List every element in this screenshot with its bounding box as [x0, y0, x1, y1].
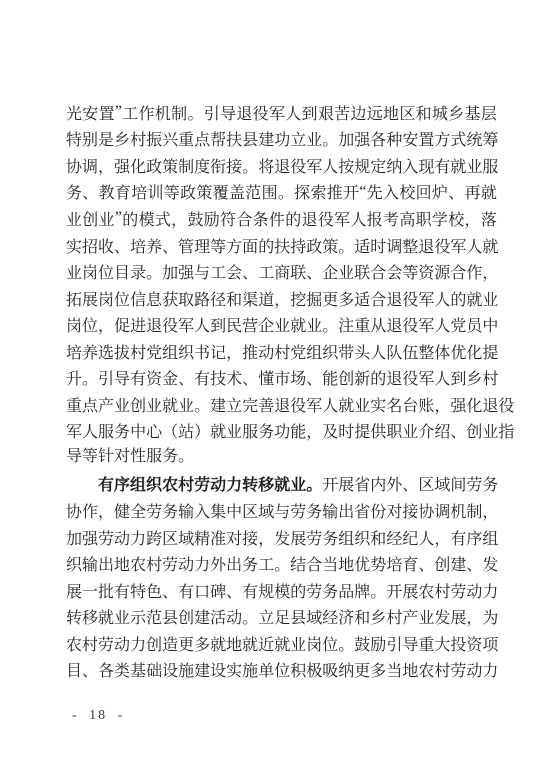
text-line: 光安置”工作机制。引导退役军人到艰苦边远地区和城乡基层	[66, 99, 497, 126]
text-line: 织输出地农村劳动力外出务工。结合当地优势培育、创建、发	[66, 550, 497, 577]
text-line: 目、各类基础设施建设实施单位积极吸纳更多当地农村劳动力	[66, 656, 497, 683]
text-line: 务、教育培训等政策覆盖范围。探索推开“先入校回炉、再就	[66, 179, 497, 206]
text-line: 有序组织农村劳动力转移就业。开展省内外、区域间劳务	[66, 471, 497, 498]
text-line: 实招收、培养、管理等方面的扶持政策。适时调整退役军人就	[66, 232, 497, 259]
text-line: 导等针对性服务。	[66, 444, 497, 471]
page-number: - 18 -	[72, 708, 124, 724]
text-line: 协作，健全劳务输入集中区域与劳务输出省份对接协调机制，	[66, 497, 497, 524]
text-line: 展一批有特色、有口碑、有规模的劳务品牌。开展农村劳动力	[66, 577, 497, 604]
text-line: 农村劳动力创造更多就地就近就业岗位。鼓励引导重大投资项	[66, 630, 497, 657]
text-line: 重点产业创业就业。建立完善退役军人就业实名台账，强化退役	[66, 391, 497, 418]
text-line: 加强劳动力跨区域精准对接，发展劳务组织和经纪人，有序组	[66, 524, 497, 551]
document-page: 光安置”工作机制。引导退役军人到艰苦边远地区和城乡基层特别是乡村振兴重点帮扶县建…	[0, 0, 550, 777]
body-text: 光安置”工作机制。引导退役军人到艰苦边远地区和城乡基层特别是乡村振兴重点帮扶县建…	[66, 99, 497, 683]
text-line: 业岗位目录。加强与工会、工商联、企业联合会等资源合作，	[66, 258, 497, 285]
text-line: 军人服务中心（站）就业服务功能，及时提供职业介绍、创业指	[66, 418, 497, 445]
text-line: 协调，强化政策制度衔接。将退役军人按规定纳入现有就业服	[66, 152, 497, 179]
text-line: 特别是乡村振兴重点帮扶县建功立业。加强各种安置方式统筹	[66, 126, 497, 153]
text-line: 升。引导有资金、有技术、懂市场、能创新的退役军人到乡村	[66, 364, 497, 391]
text-line: 转移就业示范县创建活动。立足县域经济和乡村产业发展，为	[66, 603, 497, 630]
text-line: 岗位，促进退役军人到民营企业就业。注重从退役军人党员中	[66, 311, 497, 338]
text-line: 拓展岗位信息获取路径和渠道，挖掘更多适合退役军人的就业	[66, 285, 497, 312]
text-line: 培养选拔村党组织书记，推动村党组织带头人队伍整体优化提	[66, 338, 497, 365]
text-line: 业创业”的模式，鼓励符合条件的退役军人报考高职学校，落	[66, 205, 497, 232]
